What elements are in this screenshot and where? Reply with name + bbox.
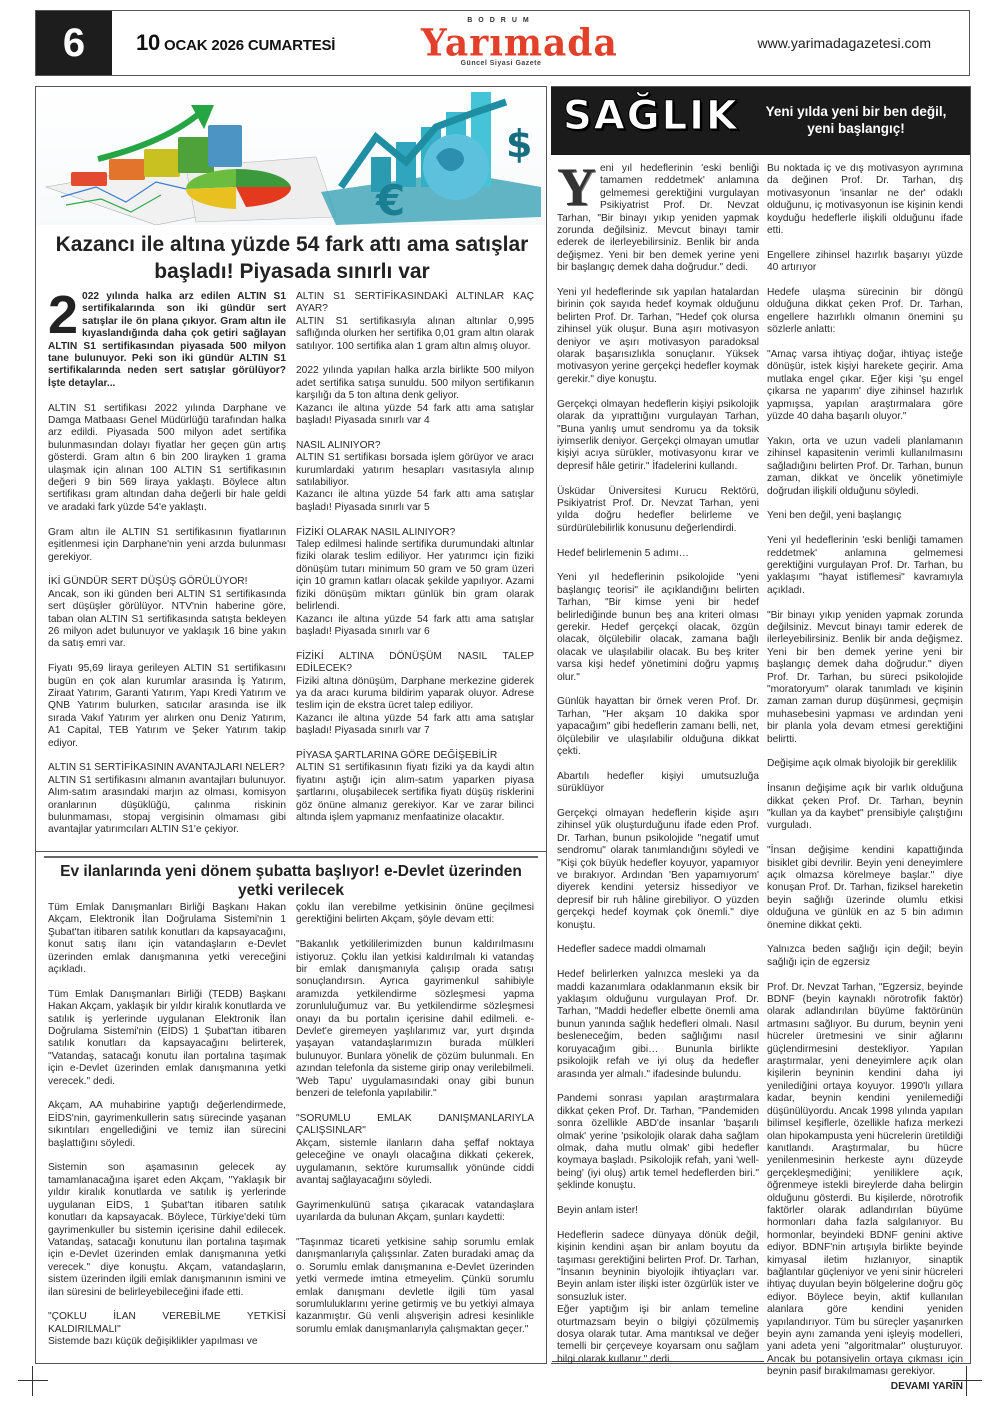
paragraph: Tüm Emlak Danışmanları Birliği Başkanı H… bbox=[48, 902, 286, 976]
paragraph: "SORUMLU EMLAK DANIŞMANLARIYLA ÇALIŞSINL… bbox=[296, 1113, 534, 1187]
paragraph: ALTIN S1 sertifikası 2022 yılında Darpha… bbox=[48, 403, 286, 515]
paragraph: Akçam, AA muhabirine yaptığı değerlendir… bbox=[48, 1100, 286, 1150]
divider bbox=[552, 1361, 764, 1362]
paragraph: "Bir binayı yıkıp yeniden yapmak zorunda… bbox=[767, 610, 963, 746]
paragraph: çoklu ilan verebilme yetkisinin önüne ge… bbox=[296, 902, 534, 927]
page-number: 6 bbox=[36, 11, 112, 75]
paragraph: "Bakanlık yetkililerimizden bunun kaldır… bbox=[296, 939, 534, 1100]
paragraph: Tüm Emlak Danışmanları Birliği (TEDB) Ba… bbox=[48, 989, 286, 1088]
lead-text: 022 yılında halka arz edilen ALTIN S1 se… bbox=[48, 291, 286, 389]
article-column-2: Bu noktada iç ve dış motivasyon ayrımına… bbox=[767, 163, 963, 1393]
paragraph: Bu noktada iç ve dış motivasyon ayrımına… bbox=[767, 163, 963, 237]
logo-main: Yarımada bbox=[421, 25, 581, 61]
paragraph: Yeni yıl hedeflerinin psikolojide "yeni … bbox=[557, 572, 759, 684]
subheading: Abartılı hedefler kişiyi umutsuzluğa sür… bbox=[557, 771, 759, 796]
paragraph: Sistemin son aşamasının gelecek ay tamam… bbox=[48, 1162, 286, 1298]
paragraph: Pandemi sonrası yapılan araştırmalara di… bbox=[557, 1093, 759, 1192]
chart-illustration-icon: € $ bbox=[36, 87, 546, 225]
paragraph: FİZİKİ OLARAK NASIL ALINIYOR? Talep edil… bbox=[296, 527, 534, 639]
article-headline: Ev ilanlarında yeni dönem şubatta başlıy… bbox=[44, 862, 538, 900]
paragraph: Hedefe ulaşma sürecinin bir döngü olduğu… bbox=[767, 287, 963, 337]
article-column-1: 2022 yılında halka arz edilen ALTIN S1 s… bbox=[48, 291, 286, 849]
lead-paragraph: 2022 yılında halka arz edilen ALTIN S1 s… bbox=[48, 291, 286, 390]
article-gold-certificate: € $ Kazancı ile altına yüzde 54 fark att… bbox=[35, 86, 547, 852]
article-column-2: ALTIN S1 SERTİFİKASINDAKİ ALTINLAR KAÇ A… bbox=[296, 291, 534, 837]
paragraph: "Taşınmaz ticareti yetkisine sahip sorum… bbox=[296, 1237, 534, 1336]
subheading: Değişime açık olmak biyolojik bir gerekl… bbox=[767, 758, 963, 770]
svg-text:$: $ bbox=[506, 122, 532, 166]
article-column-1: Yeni yıl hedeflerinin 'eski benliği tama… bbox=[557, 163, 759, 1379]
subheading: Beyin anlam ister! bbox=[557, 1205, 759, 1217]
paragraph: Yakın, orta ve uzun vadeli planlamanın z… bbox=[767, 436, 963, 498]
crop-mark bbox=[32, 1366, 33, 1396]
paragraph: Günlük hayattan bir örnek veren Prof. Dr… bbox=[557, 696, 759, 758]
paragraph: Hedeflerin sadece dünyaya dönük değil, k… bbox=[557, 1230, 759, 1366]
paragraph: Üsküdar Üniversitesi Kurucu Rektörü, Psi… bbox=[557, 486, 759, 536]
article-headline: Yeni yılda yeni bir ben değil, yeni başl… bbox=[751, 103, 961, 137]
section-header-bar: SAĞLIK Yeni yılda yeni bir ben değil, ye… bbox=[551, 87, 970, 155]
svg-text:€: € bbox=[375, 176, 405, 225]
website-link[interactable]: www.yarimadagazetesi.com bbox=[757, 35, 931, 51]
dropcap: Y bbox=[557, 165, 596, 209]
dropcap: 2 bbox=[48, 293, 78, 337]
subheading: Hedef belirlemenin 5 adımı… bbox=[557, 548, 759, 560]
subheading: Engellere zihinsel hazırlık başarıyı yüz… bbox=[767, 250, 963, 275]
masthead: 6 10 OCAK 2026 CUMARTESİ BODRUM Yarımada… bbox=[35, 10, 970, 76]
paragraph: ALTIN S1 SERTİFİKASINDAKİ ALTINLAR KAÇ A… bbox=[296, 291, 534, 353]
paragraph: "Amaç varsa ihtiyaç doğar, ihtiyaç isteğ… bbox=[767, 349, 963, 423]
newspaper-logo[interactable]: BODRUM Yarımada Güncel Siyasi Gazete bbox=[421, 17, 581, 73]
paragraph: İnsanın değişime açık bir varlık olduğun… bbox=[767, 783, 963, 833]
paragraph: FİZİKİ ALTINA DÖNÜŞÜM NASIL TALEP EDİLEC… bbox=[296, 651, 534, 738]
paragraph: Gerçekçi olmayan hedeflerin kişiyi psiko… bbox=[557, 399, 759, 473]
paragraph: Fiyatı 95,69 liraya gerileyen ALTIN S1 s… bbox=[48, 663, 286, 750]
crop-mark bbox=[952, 1380, 982, 1381]
article-column-1: Tüm Emlak Danışmanları Birliği Başkanı H… bbox=[48, 902, 286, 1361]
paragraph: Gram altın ile ALTIN S1 sertifikasının f… bbox=[48, 527, 286, 564]
subheading: Yeni ben değil, yeni başlangıç bbox=[767, 510, 963, 522]
issue-date: 10 OCAK 2026 CUMARTESİ bbox=[136, 30, 335, 56]
crop-mark bbox=[966, 1366, 967, 1396]
lead-paragraph: Yeni yıl hedeflerinin 'eski benliği tama… bbox=[557, 163, 759, 275]
paragraph: Gayrimenkulünü satışa çıkaracak vatandaş… bbox=[296, 1200, 534, 1225]
paragraph: Hedef belirlerken yalnızca mesleki ya da… bbox=[557, 969, 759, 1081]
finance-illustration: € $ bbox=[36, 87, 546, 225]
subheading: Hedefler sadece maddi olmamalı bbox=[557, 944, 759, 956]
health-section: SAĞLIK Yeni yılda yeni bir ben değil, ye… bbox=[551, 86, 971, 1364]
article-headline: Kazancı ile altına yüzde 54 fark attı am… bbox=[44, 231, 540, 285]
paragraph: 2022 yılında yapılan halka arzla birlikt… bbox=[296, 365, 534, 427]
paragraph: NASIL ALINIYOR? ALTIN S1 sertifikası bor… bbox=[296, 440, 534, 514]
subheading: Yalnızca beden sağlığı için değil; beyin… bbox=[767, 944, 963, 969]
continued-tomorrow-label: DEVAMI YARIN bbox=[767, 1381, 963, 1393]
paragraph: İKİ GÜNDÜR SERT DÜŞÜŞ GÖRÜLÜYOR! Ancak, … bbox=[48, 576, 286, 650]
paragraph: "ÇOKLU İLAN VEREBİLME YETKİSİ KALDIRILMA… bbox=[48, 1311, 286, 1348]
paragraph: "İnsan değişime kendini kapattığında bis… bbox=[767, 845, 963, 932]
date-rest: OCAK 2026 CUMARTESİ bbox=[160, 37, 335, 54]
paragraph: Gerçekçi olmayan hedeflerin kişide aşırı… bbox=[557, 808, 759, 932]
paragraph: PİYASA ŞARTLARINA GÖRE DEĞİŞEBİLİR ALTIN… bbox=[296, 750, 534, 824]
crop-mark bbox=[18, 1380, 48, 1381]
divider bbox=[44, 856, 538, 858]
paragraph: ALTIN S1 SERTİFİKASININ AVANTAJLARI NELE… bbox=[48, 762, 286, 836]
article-column-2: çoklu ilan verebilme yetkisinin önüne ge… bbox=[296, 902, 534, 1349]
section-title: SAĞLIK bbox=[563, 93, 739, 139]
paragraph: Yeni yıl hedeflerinde sık yapılan hatala… bbox=[557, 287, 759, 386]
date-day: 10 bbox=[136, 30, 160, 55]
paragraph: Yeni yıl hedeflerinin 'eski benliği tama… bbox=[767, 535, 963, 597]
paragraph: Prof. Dr. Nevzat Tarhan, "Egzersiz, beyi… bbox=[767, 982, 963, 1379]
article-real-estate: Ev ilanlarında yeni dönem şubatta başlıy… bbox=[35, 852, 547, 1364]
